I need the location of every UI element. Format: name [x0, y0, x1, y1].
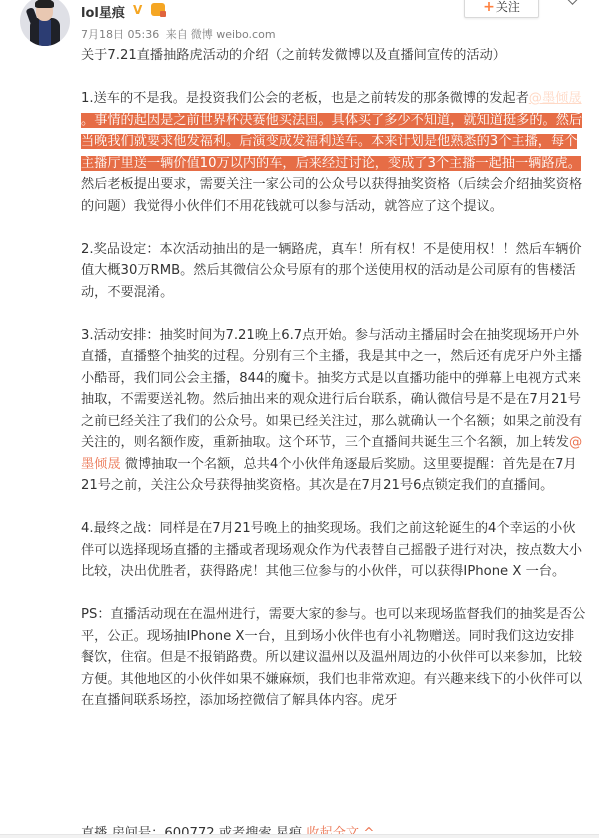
avatar[interactable]	[20, 0, 70, 46]
source-prefix: 来自	[166, 28, 188, 41]
paragraph-3: 3.活动安排：抽奖时间为7.21晚上6.7点开始。参与活动主播届时会在抽奖现场开…	[81, 325, 586, 497]
paragraph-3-text-a: 3.活动安排：抽奖时间为7.21晚上6.7点开始。参与活动主播届时会在抽奖现场开…	[81, 328, 582, 451]
bottom-divider	[0, 834, 599, 838]
paragraph-2: 2.奖品设定：本次活动抽出的是一辆路虎，真车！所有权！不是使用权！！然后车辆价值…	[81, 239, 586, 304]
highlighted-text: 事情的起因是之前世界杯决赛他买法国。具体买了多少不知道，就知道挺多的。然后当晚我…	[81, 113, 582, 171]
chevron-down-icon[interactable]	[566, 0, 579, 5]
mention-link[interactable]: @墨倾晟	[529, 91, 582, 106]
username-link[interactable]: lol星痕	[81, 2, 125, 21]
paragraph-1-text-a: 1.送车的不是我。是投资我们公会的老板，也是之前转发的那条微博的发起者	[81, 91, 529, 106]
post-body: 关于7.21直播抽路虎活动的介绍（之前转发微博以及直播间宣传的活动） 1.送车的…	[81, 45, 586, 733]
source-link[interactable]: 微博 weibo.com	[191, 28, 276, 41]
follow-label: 关注	[496, 0, 520, 14]
verified-icon: V	[133, 3, 142, 17]
paragraph-1-text-c: 然后老板提出要求，需要关注一家公司的公众号以获得抽奖资格（后续会介绍抽奖资格的问…	[81, 177, 582, 214]
paragraph-3-text-b: 微博抽取一个名额，总共4个小伙伴角逐最后奖励。这里要提醒：首先是在7月21号之前…	[81, 457, 577, 494]
post-title: 关于7.21直播抽路虎活动的介绍（之前转发微博以及直播间宣传的活动）	[81, 45, 586, 67]
paragraph-5: PS：直播活动现在在温州进行，需要大家的参与。也可以来现场监督我们的抽奖是否公平…	[81, 604, 586, 712]
follow-button[interactable]: +关注	[464, 0, 539, 18]
paragraph-4: 4.最终之战：同样是在7月21号晚上的抽奖现场。我们之前这轮诞生的4个幸运的小伙…	[81, 518, 586, 583]
paragraph-1-text-b: 。	[81, 113, 94, 128]
post-meta: 7月18日 05:36 来自微博 weibo.com	[81, 26, 279, 42]
avatar-hair	[35, 0, 54, 8]
vip-crown-icon	[151, 3, 165, 16]
plus-icon: +	[483, 0, 495, 15]
timestamp-link[interactable]: 7月18日 05:36	[81, 28, 159, 41]
paragraph-1: 1.送车的不是我。是投资我们公会的老板，也是之前转发的那条微博的发起者@墨倾晟 …	[81, 88, 586, 217]
avatar-shirt	[39, 20, 51, 46]
